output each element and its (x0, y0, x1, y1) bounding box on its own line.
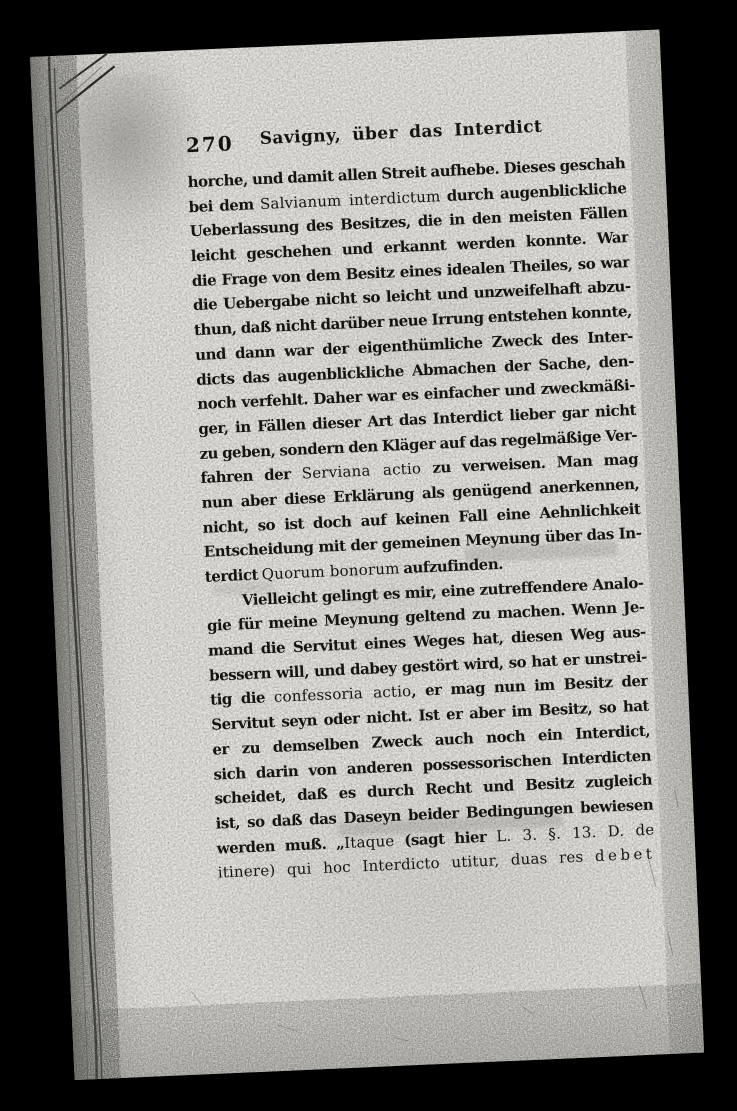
fraktur-text-segment: (sagt hier (394, 827, 497, 849)
fraktur-text-segment: tig die (210, 688, 275, 709)
fraktur-text-segment: aufzufinden. (399, 555, 503, 577)
antiqua-text-segment: Quorum bonorum (261, 559, 400, 583)
scan-background: 270 Savigny, über das Interdict horche, … (0, 0, 737, 1111)
fraktur-text-segment: werden muß. „ (216, 834, 344, 858)
book-page: 270 Savigny, über das Interdict horche, … (30, 30, 704, 1081)
page-header: 270 Savigny, über das Interdict (185, 111, 624, 158)
text-body: horche, und damit allen Streit aufhebe. … (187, 151, 656, 885)
running-title: Savigny, über das Interdict (259, 117, 542, 149)
page-number: 270 (185, 131, 234, 157)
fraktur-text-segment: bei dem (188, 195, 260, 216)
antiqua-text-segment: debet (595, 845, 656, 866)
binding-crease-line (45, 116, 89, 1079)
antiqua-text-segment: Itaque (344, 831, 395, 851)
scratch-mark (191, 976, 535, 1051)
antiqua-text-segment: Serviana actio (301, 460, 421, 483)
fraktur-text-segment: terdict (204, 565, 262, 585)
fraktur-text-segment: fahren der (200, 465, 302, 487)
antiqua-text-segment: confessoria actio (274, 682, 412, 706)
antiqua-text-segment: L. 3. §. 13. D. de (496, 820, 655, 845)
